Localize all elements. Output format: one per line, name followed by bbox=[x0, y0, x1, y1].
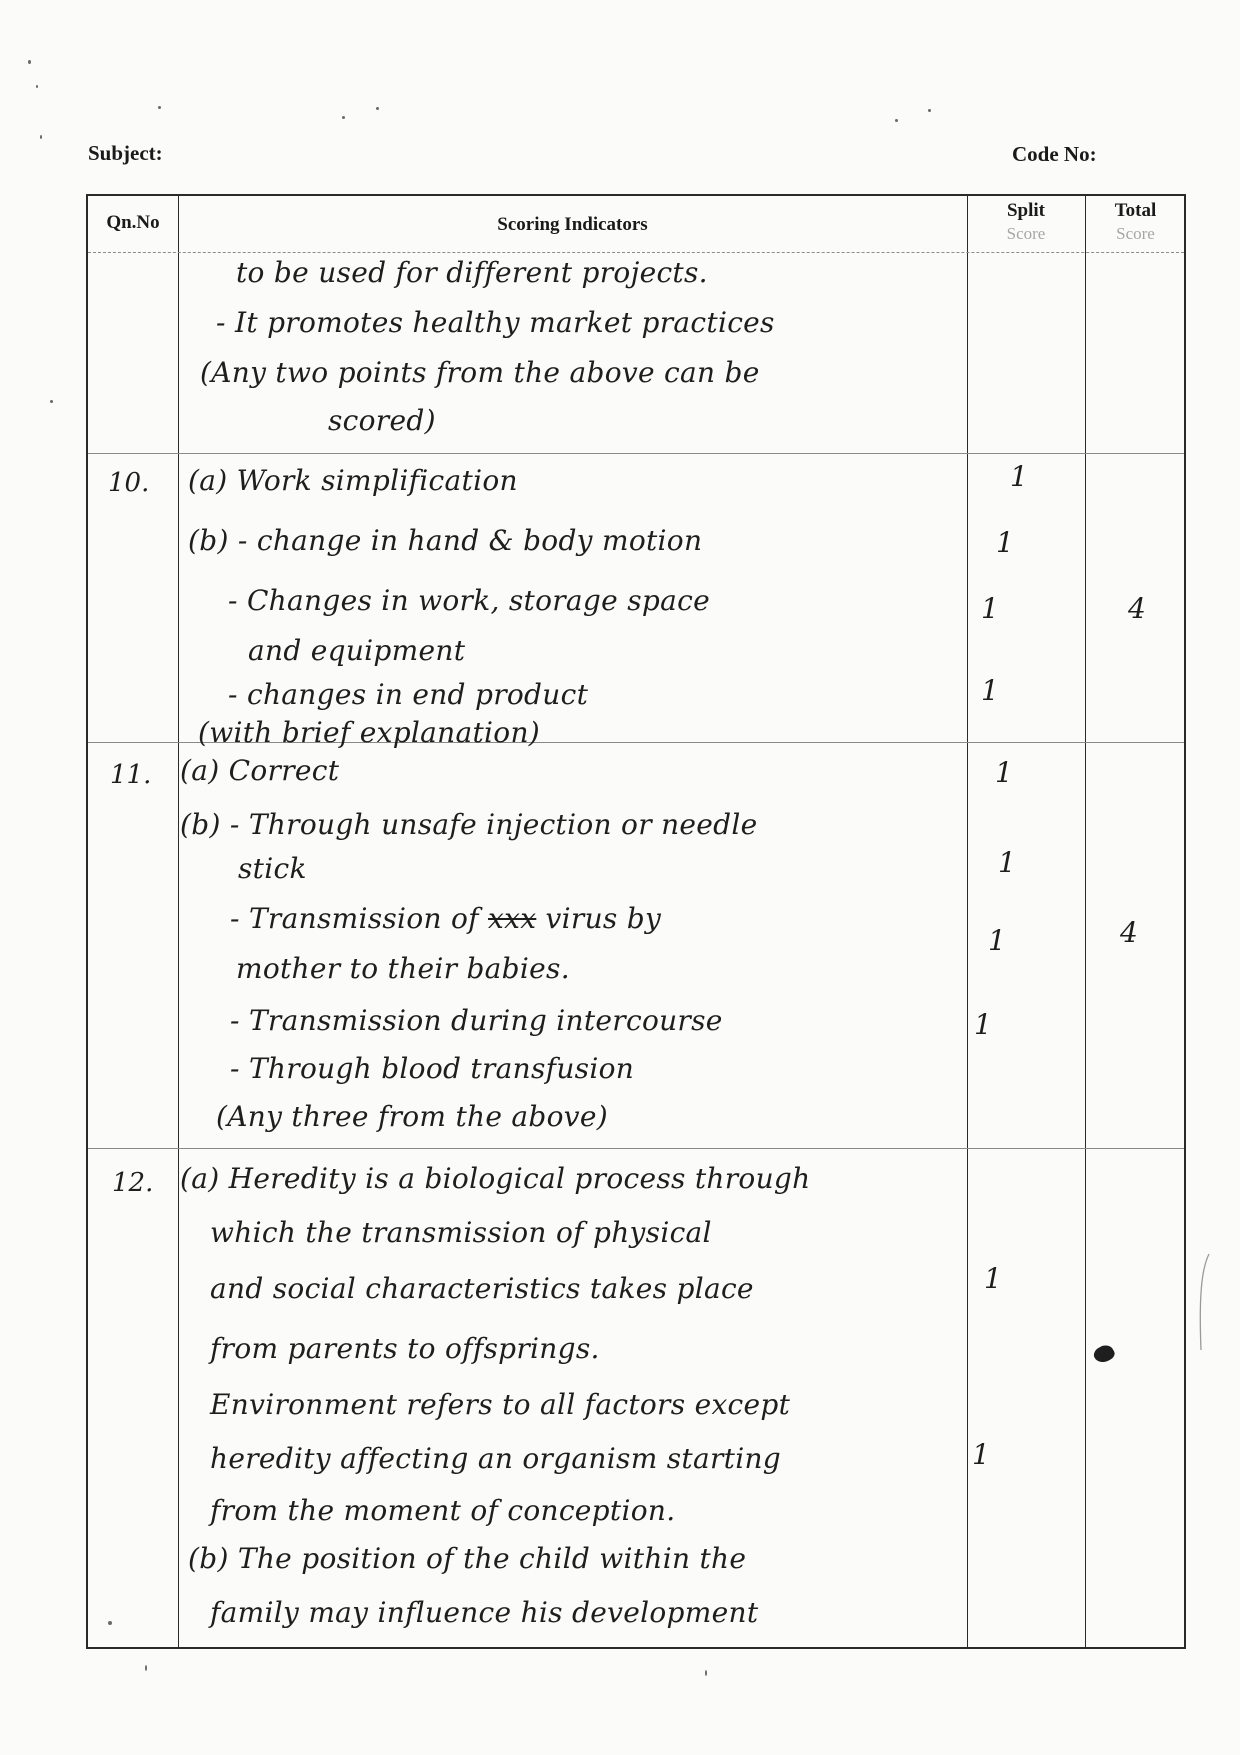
indicator-line: (a) Heredity is a biological process thr… bbox=[180, 1162, 811, 1195]
indicator-line: - Changes in work, storage space bbox=[228, 584, 710, 617]
column-divider bbox=[178, 196, 179, 1647]
indicator-line: and social characteristics takes place bbox=[210, 1272, 754, 1305]
column-header-total-score: Total Score bbox=[1085, 200, 1186, 244]
indicator-line: - It promotes healthy market practices bbox=[216, 306, 775, 339]
split-score: 1 bbox=[988, 924, 1006, 957]
row-divider bbox=[88, 453, 1184, 454]
indicator-line: from parents to offsprings. bbox=[210, 1332, 600, 1365]
column-header-qno: Qn.No bbox=[88, 212, 178, 234]
subject-label: Subject: bbox=[88, 141, 163, 166]
header-divider bbox=[88, 252, 1184, 253]
margin-pencil-mark bbox=[1195, 1250, 1215, 1360]
indicator-line: from the moment of conception. bbox=[210, 1494, 675, 1527]
split-score: 1 bbox=[984, 1262, 1002, 1295]
split-label: Split bbox=[1007, 200, 1045, 221]
split-score: 1 bbox=[995, 756, 1013, 789]
indicator-line: - changes in end product bbox=[228, 678, 588, 711]
virus-by-text: virus by bbox=[536, 902, 661, 935]
split-score: 1 bbox=[996, 526, 1014, 559]
scan-speck bbox=[705, 1670, 707, 1676]
struck-out-word: xxx bbox=[488, 902, 536, 935]
question-number: 10. bbox=[108, 468, 149, 498]
column-header-scoring-indicators: Scoring Indicators bbox=[178, 214, 967, 236]
scan-speck bbox=[158, 106, 161, 109]
scoring-table: Qn.No Scoring Indicators Split Score Tot… bbox=[86, 194, 1186, 1649]
scan-speck bbox=[50, 400, 53, 403]
ink-blot-mark bbox=[1091, 1342, 1116, 1366]
column-divider bbox=[967, 196, 968, 1647]
indicator-line: stick bbox=[238, 852, 307, 885]
indicator-line: mother to their babies. bbox=[236, 952, 570, 985]
indicator-line: (a) Correct bbox=[180, 754, 339, 787]
code-number-label: Code No: bbox=[1012, 142, 1097, 167]
indicator-line: (with brief explanation) bbox=[198, 716, 540, 749]
split-score: 1 bbox=[981, 592, 999, 625]
score-label: Score bbox=[967, 224, 1085, 244]
transmission-text: - Transmission of bbox=[230, 902, 488, 935]
scan-speck bbox=[376, 107, 379, 110]
total-label: Total bbox=[1115, 200, 1157, 221]
indicator-line: and equipment bbox=[248, 634, 465, 667]
indicator-line: - Transmission during intercourse bbox=[230, 1004, 723, 1037]
indicator-line: (b) - change in hand & body motion bbox=[188, 524, 702, 557]
column-divider bbox=[1085, 196, 1086, 1647]
scan-speck bbox=[108, 1621, 112, 1625]
total-score: 4 bbox=[1120, 916, 1138, 949]
indicator-line: (b) The position of the child within the bbox=[188, 1542, 746, 1575]
indicator-line: (a) Work simplification bbox=[188, 464, 518, 497]
scan-speck bbox=[895, 119, 898, 122]
scan-speck bbox=[28, 60, 31, 64]
split-score: 1 bbox=[981, 674, 999, 707]
split-score: 1 bbox=[972, 1438, 990, 1471]
column-header-split-score: Split Score bbox=[967, 200, 1085, 244]
scan-speck bbox=[928, 109, 931, 112]
score-label: Score bbox=[1085, 224, 1186, 244]
indicator-line: scored) bbox=[328, 404, 436, 437]
row-divider bbox=[88, 1148, 1184, 1149]
split-score: 1 bbox=[1010, 460, 1028, 493]
scan-speck bbox=[342, 116, 345, 119]
scan-speck bbox=[145, 1665, 147, 1671]
indicator-line: - Transmission of xxx virus by bbox=[230, 902, 661, 935]
indicator-line: (Any three from the above) bbox=[216, 1100, 608, 1133]
indicator-line: - Through blood transfusion bbox=[230, 1052, 634, 1085]
indicator-line: Environment refers to all factors except bbox=[210, 1388, 790, 1421]
question-number: 12. bbox=[112, 1168, 153, 1198]
question-number: 11. bbox=[110, 760, 151, 790]
indicator-line: family may influence his development bbox=[210, 1596, 758, 1629]
indicator-line: (Any two points from the above can be bbox=[200, 356, 760, 389]
scan-speck bbox=[36, 85, 38, 88]
indicator-line: to be used for different projects. bbox=[236, 256, 708, 289]
split-score: 1 bbox=[974, 1008, 992, 1041]
total-score: 4 bbox=[1128, 592, 1146, 625]
indicator-line: heredity affecting an organism starting bbox=[210, 1442, 781, 1475]
scan-speck bbox=[40, 135, 42, 139]
indicator-line: (b) - Through unsafe injection or needle bbox=[180, 808, 758, 841]
split-score: 1 bbox=[998, 846, 1016, 879]
indicator-line: which the transmission of physical bbox=[210, 1216, 712, 1249]
